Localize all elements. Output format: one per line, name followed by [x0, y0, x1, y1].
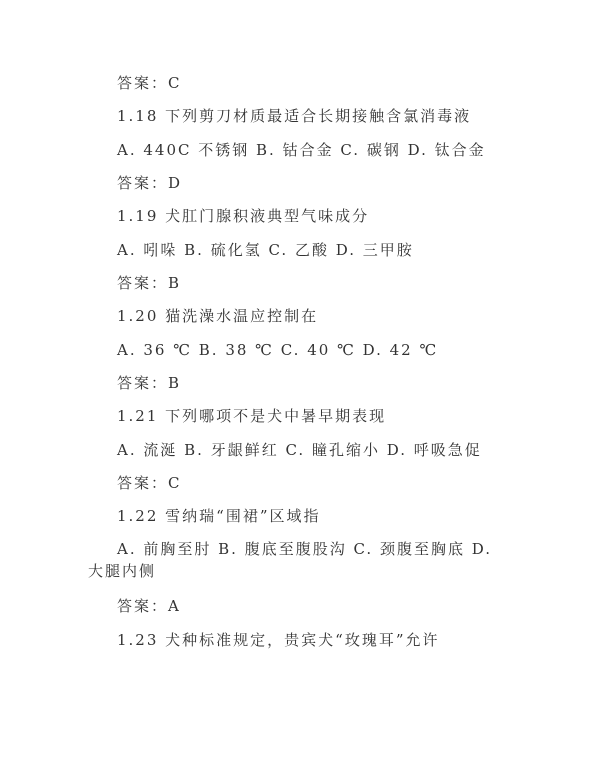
- options-1-20: A. 36 ℃ B. 38 ℃ C. 40 ℃ D. 42 ℃: [117, 340, 438, 360]
- question-1-19: 1.19 犬肛门腺积液典型气味成分: [117, 206, 369, 226]
- answer-line: 答案：C: [117, 73, 181, 93]
- answer-1-21: 答案：C: [117, 473, 181, 493]
- question-1-23: 1.23 犬种标准规定，贵宾犬“玫瑰耳”允许: [117, 630, 440, 650]
- options-1-19: A. 吲哚 B. 硫化氢 C. 乙酸 D. 三甲胺: [117, 240, 414, 260]
- question-1-20: 1.20 猫洗澡水温应控制在: [117, 306, 318, 326]
- answer-1-22: 答案：A: [117, 596, 181, 616]
- answer-1-18: 答案：D: [117, 173, 182, 193]
- options-1-21: A. 流涎 B. 牙龈鲜红 C. 瞳孔缩小 D. 呼吸急促: [117, 440, 482, 460]
- options-1-22: A. 前胸至肘 B. 腹底至腹股沟 C. 颈腹至胸底 D. 大腿内侧: [88, 538, 508, 582]
- options-1-18: A. 440C 不锈钢 B. 钴合金 C. 碳钢 D. 钛合金: [117, 140, 486, 160]
- answer-1-19: 答案：B: [117, 273, 181, 293]
- question-1-22: 1.22 雪纳瑞“围裙”区域指: [117, 506, 321, 526]
- answer-1-20: 答案：B: [117, 373, 181, 393]
- question-1-21: 1.21 下列哪项不是犬中暑早期表现: [117, 406, 386, 426]
- question-1-18: 1.18 下列剪刀材质最适合长期接触含氯消毒液: [117, 106, 471, 126]
